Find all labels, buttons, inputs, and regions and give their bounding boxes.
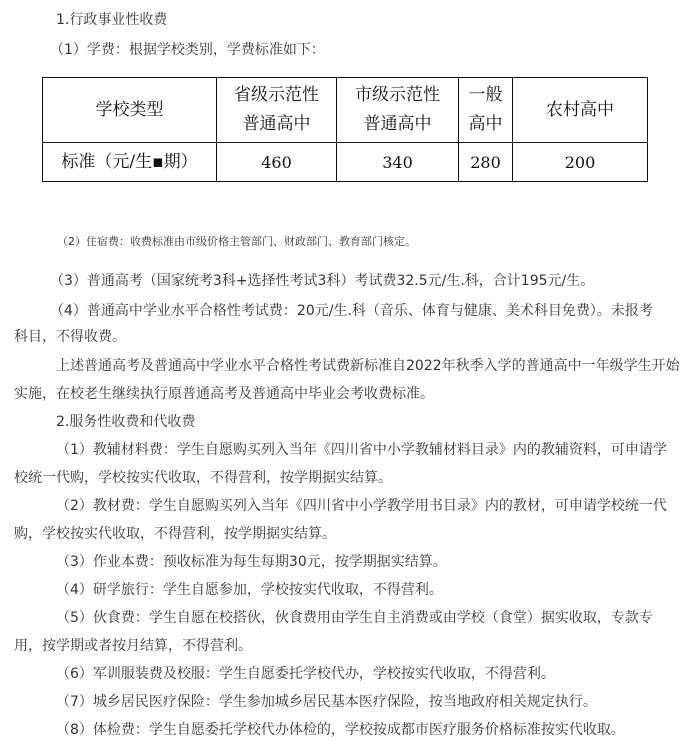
list-item: （4）研学旅行：学生自愿参加，学校按实代收取，不得营利。 [56, 580, 443, 600]
header-cell-general: 一般 高中 [459, 78, 513, 143]
list-item: （5）伙食费：学生自愿在校搭伙，伙食费用由学生自主消费或由学校（食堂）据实收取，… [56, 608, 653, 628]
header-cell-municipal: 市级示范性 普通高中 [337, 78, 459, 143]
list-item-cont: 购，学校按实代收取，不得营利，按学期据实结算。 [14, 524, 336, 544]
header-text: 市级示范性 [355, 85, 440, 105]
header-text: 一般 [469, 85, 503, 105]
note-line1: 上述普通高考及普通高中学业水平合格性考试费新标准自2022年秋季入学的普通高中一… [56, 356, 680, 376]
table-header-row: 学校类型 省级示范性 普通高中 市级示范性 普通高中 一般 高中 农村高中 [43, 78, 648, 143]
value-municipal: 340 [337, 143, 459, 182]
list-item: （1）教辅材料费：学生自愿购买列入当年《四川省中小学教辅材料目录》内的教辅资料，… [56, 440, 667, 460]
list-item-cont: 用，按学期或者按月结算，不得营利。 [14, 636, 252, 656]
proficiency-exam-fee-line2: 科目，不得收费。 [14, 327, 126, 347]
section-2-title: 2.服务性收费和代收费 [56, 412, 195, 432]
list-item: （8）体检费：学生自愿委托学校代办体检的，学校按成都市医疗服务价格标准按实代收取… [56, 720, 625, 740]
note-line2: 实施，在校老生继续执行原普通高考及普通高中毕业会考收费标准。 [14, 384, 434, 404]
list-item: （3）作业本费：预收标准为每生每期30元，按学期据实结算。 [56, 552, 447, 572]
value-provincial: 460 [217, 143, 337, 182]
tuition-intro: （1）学费：根据学校类别，学费标准如下： [50, 40, 325, 60]
list-item: （2）教材费：学生自愿购买列入当年《四川省中小学教学用书目录》内的教材，可申请学… [56, 496, 667, 516]
header-text: 省级示范性 [234, 85, 319, 105]
header-text: 普通高中 [243, 114, 311, 134]
header-cell-school-type: 学校类型 [43, 78, 217, 143]
tuition-table: 学校类型 省级示范性 普通高中 市级示范性 普通高中 一般 高中 农村高中 标准… [42, 77, 648, 182]
gaokao-fee: （3）普通高考（国家统考3科+选择性考试3科）考试费32.5元/生.科，合计19… [50, 271, 594, 291]
list-item: （7）城乡居民医疗保险：学生参加城乡居民基本医疗保险，按当地政府相关规定执行。 [56, 692, 597, 712]
accommodation-fee: （2）住宿费：收费标准由市级价格主管部门、财政部门、教育部门核定。 [57, 232, 416, 252]
header-text: 普通高中 [364, 114, 432, 134]
row-label: 标准（元/生▪期） [43, 143, 217, 182]
value-general: 280 [459, 143, 513, 182]
proficiency-exam-fee-line1: （4）普通高中学业水平合格性考试费：20元/生.科（音乐、体育与健康、美术科目免… [50, 301, 653, 321]
list-item-cont: 校统一代购，学校按实代收取，不得营利，按学期据实结算。 [14, 468, 392, 488]
header-cell-rural: 农村高中 [513, 78, 648, 143]
header-text: 学校类型 [96, 100, 164, 120]
header-text: 农村高中 [546, 100, 614, 120]
value-rural: 200 [513, 143, 648, 182]
header-text: 高中 [469, 114, 503, 134]
header-cell-provincial: 省级示范性 普通高中 [217, 78, 337, 143]
table-row: 标准（元/生▪期） 460 340 280 200 [43, 143, 648, 182]
list-item: （6）军训服装费及校服：学生自愿委托学校代办，学校按实代收取，不得营利。 [56, 664, 555, 684]
section-1-title: 1.行政事业性收费 [56, 10, 167, 30]
